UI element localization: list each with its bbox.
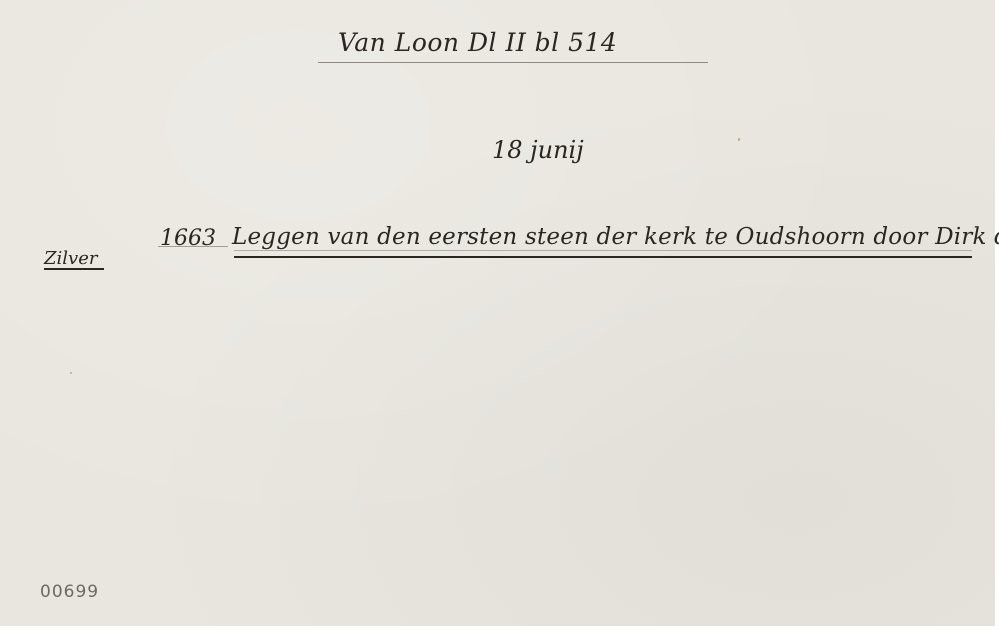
date-text: 18 junij xyxy=(492,136,584,164)
description-rule-line xyxy=(234,250,972,251)
source-rule-line xyxy=(318,62,708,63)
paper-speck xyxy=(70,372,72,374)
event-description: Leggen van den eersten steen der kerk te… xyxy=(232,224,999,250)
source-reference: Van Loon Dl II bl 514 xyxy=(338,28,617,57)
catalog-number: 00699 xyxy=(40,582,99,602)
year-rule-line xyxy=(158,246,228,247)
year-text: 1663 xyxy=(160,226,216,251)
paper-speck xyxy=(738,138,740,141)
index-card: Van Loon Dl II bl 514 18 junij Zilver 16… xyxy=(0,0,995,626)
category-underline xyxy=(44,268,104,270)
description-underline xyxy=(234,256,972,258)
category-label: Zilver xyxy=(44,248,97,269)
